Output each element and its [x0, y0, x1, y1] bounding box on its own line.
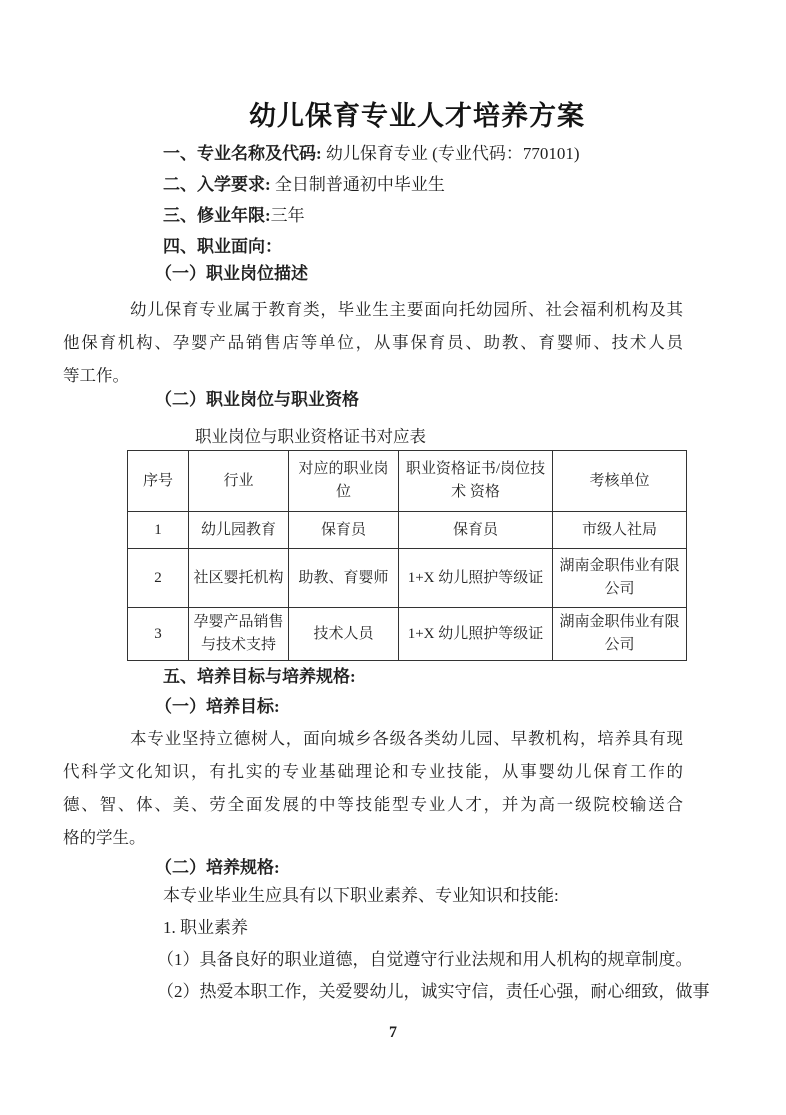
item-entry-requirement: 二、入学要求: 全日制普通初中毕业生 [163, 173, 445, 197]
item-study-duration: 三、修业年限:三年 [163, 204, 305, 228]
heading-training-specifications: （二）培养规格: [155, 856, 280, 880]
heading-job-qualification: （二）职业岗位与职业资格 [155, 388, 359, 412]
table-cell: 1+X 幼儿照护等级证 [399, 608, 553, 661]
table-cell: 2 [128, 549, 189, 608]
table-header-cell: 对应的职业岗位 [289, 451, 399, 512]
table-cell: 保育员 [399, 512, 553, 549]
page-number: 7 [0, 1024, 786, 1042]
heading-job-description: （一）职业岗位描述 [155, 262, 308, 286]
paragraph-line: 德、智、体、美、劳全面发展的中等技能型专业人才，并为高一级院校输送合 [63, 788, 683, 821]
table-cell: 3 [128, 608, 189, 661]
item-career-orientation-label: 四、职业面向： [163, 237, 282, 256]
table-cell: 幼儿园教育 [189, 512, 289, 549]
point-1: （1）具备良好的职业道德，自觉遵守行业法规和用人机构的规章制度。 [157, 948, 693, 972]
item-major-name: 一、专业名称及代码: 幼儿保育专业 (专业代码：770101) [163, 142, 580, 166]
table-cell: 市级人社局 [553, 512, 687, 549]
table-cell: 社区婴托机构 [189, 549, 289, 608]
document-page: 幼儿保育专业人才培养方案 一、专业名称及代码: 幼儿保育专业 (专业代码：770… [0, 0, 786, 1115]
item-major-name-label: 一、专业名称及代码: [163, 144, 322, 163]
paragraph-line: 幼儿保育专业属于教育类，毕业生主要面向托幼园所、社会福利机构及其 [63, 293, 683, 326]
table-cell: 保育员 [289, 512, 399, 549]
item-study-duration-value: 三年 [271, 206, 305, 225]
item-major-name-value: 幼儿保育专业 (专业代码：770101) [322, 144, 580, 163]
paragraph-job-description: 幼儿保育专业属于教育类，毕业生主要面向托幼园所、社会福利机构及其 他保育机构、孕… [63, 293, 683, 392]
paragraph-line: 代科学文化知识，有扎实的专业基础理论和专业技能，从事婴幼儿保育工作的 [63, 755, 683, 788]
table-row: 3 孕婴产品销售 与技术支持 技术人员 1+X 幼儿照护等级证 湖南金职伟业有限… [128, 608, 687, 661]
point-2: （2）热爱本职工作，关爱婴幼儿，诚实守信，责任心强，耐心细致，做事 [157, 980, 710, 1004]
item-career-orientation: 四、职业面向： [163, 235, 282, 259]
paragraph-line: 格的学生。 [63, 821, 683, 854]
table-caption: 职业岗位与职业资格证书对应表 [195, 423, 426, 447]
table-cell: 技术人员 [289, 608, 399, 661]
paragraph-line: 本专业坚持立德树人，面向城乡各级各类幼儿园、早教机构，培养具有现 [63, 722, 683, 755]
table-header-cell: 考核单位 [553, 451, 687, 512]
heading-professional-quality: 1. 职业素养 [163, 916, 248, 940]
heading-training-objectives-section: 五、培养目标与培养规格: [163, 665, 356, 689]
page-title: 幼儿保育专业人才培养方案 [24, 94, 786, 133]
line-graduate-intro: 本专业毕业生应具有以下职业素养、专业知识和技能: [163, 884, 559, 908]
table-cell: 湖南金职伟业有限 公司 [553, 549, 687, 608]
heading-training-goal: （一）培养目标: [155, 695, 280, 719]
table-cell: 孕婴产品销售 与技术支持 [189, 608, 289, 661]
table-header-row: 序号 行业 对应的职业岗位 职业资格证书/岗位技 术 资格 考核单位 [128, 451, 687, 512]
table-cell: 1+X 幼儿照护等级证 [399, 549, 553, 608]
qualification-table: 序号 行业 对应的职业岗位 职业资格证书/岗位技 术 资格 考核单位 1 幼儿园… [127, 450, 687, 661]
table-row: 2 社区婴托机构 助教、育婴师 1+X 幼儿照护等级证 湖南金职伟业有限 公司 [128, 549, 687, 608]
item-study-duration-label: 三、修业年限: [163, 206, 271, 225]
table-header-cell: 行业 [189, 451, 289, 512]
table-cell: 湖南金职伟业有限 公司 [553, 608, 687, 661]
table-header-cell: 序号 [128, 451, 189, 512]
table-cell: 助教、育婴师 [289, 549, 399, 608]
item-entry-requirement-label: 二、入学要求: [163, 175, 271, 194]
table-cell: 1 [128, 512, 189, 549]
paragraph-training-goal: 本专业坚持立德树人，面向城乡各级各类幼儿园、早教机构，培养具有现 代科学文化知识… [63, 722, 683, 854]
table-header-cell: 职业资格证书/岗位技 术 资格 [399, 451, 553, 512]
item-entry-requirement-value: 全日制普通初中毕业生 [271, 175, 445, 194]
table-row: 1 幼儿园教育 保育员 保育员 市级人社局 [128, 512, 687, 549]
paragraph-line: 他保育机构、孕婴产品销售店等单位，从事保育员、助教、育婴师、技术人员 [63, 326, 683, 359]
